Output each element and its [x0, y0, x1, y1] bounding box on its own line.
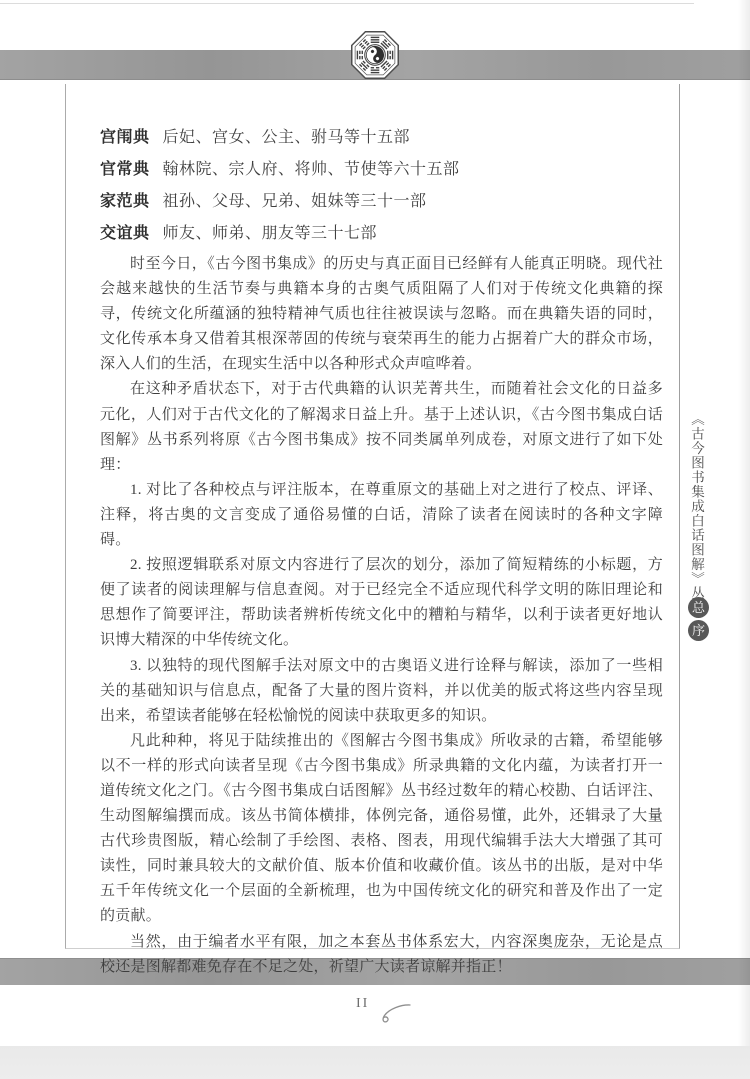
paragraph: 时至今日，《古今图书集成》的历史与真正面目已经鲜有人能真正明晓。现代社会越来越快…	[100, 252, 663, 377]
paragraph: 在这种矛盾状态下，对于古代典籍的认识芜菁共生，而随着社会文化的日益多元化，人们对…	[100, 377, 663, 477]
paragraph-numbered-1: 1. 对比了各种校点与评注版本，在尊重原文的基础上对之进行了校点、评译、注释，将…	[100, 478, 663, 553]
list-item: 交谊典师友、师弟、朋友等三十七部	[100, 218, 663, 250]
dian-desc: 后妃、宫女、公主、驸马等十五部	[163, 129, 411, 146]
paragraph: 当然，由于编者水平有限，加之本套丛书体系宏大，内容深奥庞杂，无论是点校还是图解都…	[100, 930, 663, 980]
paragraph: 凡此种种，将见于陆续推出的《图解古今图书集成》所收录的古籍，希望能够以不一样的形…	[100, 729, 663, 930]
list-item: 家范典祖孙、父母、兄弟、姐妹等三十一部	[100, 186, 663, 218]
list-item: 官常典翰林院、宗人府、将帅、节使等六十五部	[100, 154, 663, 186]
side-seal-badges: 总 序	[688, 597, 709, 641]
dian-title: 交谊典	[100, 225, 150, 242]
dian-desc: 翰林院、宗人府、将帅、节使等六十五部	[163, 161, 460, 178]
preface-body: 时至今日，《古今图书集成》的历史与真正面目已经鲜有人能真正明晓。现代社会越来越快…	[100, 252, 663, 980]
page-number: II	[356, 996, 369, 1012]
main-text-column: 宫闱典后妃、宫女、公主、驸马等十五部 官常典翰林院、宗人府、将帅、节使等六十五部…	[100, 122, 663, 980]
seal-badge-zong: 总	[688, 597, 709, 618]
paragraph-numbered-2: 2. 按照逻辑联系对原文内容进行了层次的划分，添加了简短精练的小标题，方便了读者…	[100, 553, 663, 653]
dian-title: 家范典	[100, 193, 150, 210]
seal-badge-xu: 序	[688, 620, 709, 641]
bagua-taiji-icon	[347, 26, 403, 84]
calligraphic-swash-icon	[376, 1002, 412, 1026]
dian-desc: 师友、师弟、朋友等三十七部	[163, 225, 378, 242]
paragraph-numbered-3: 3. 以独特的现代图解手法对原文中的古奥语义进行诠释与解读，添加了一些相关的基础…	[100, 654, 663, 729]
scan-right-edge	[738, 0, 750, 1046]
top-hairline	[0, 3, 694, 4]
scan-bottom-edge	[0, 1046, 750, 1079]
dian-title: 官常典	[100, 161, 150, 178]
series-side-title: 《古今图书集成白话图解》丛书	[686, 412, 706, 612]
dian-desc: 祖孙、父母、兄弟、姐妹等三十一部	[163, 193, 427, 210]
dian-title: 宫闱典	[100, 129, 150, 146]
dian-category-list: 宫闱典后妃、宫女、公主、驸马等十五部 官常典翰林院、宗人府、将帅、节使等六十五部…	[100, 122, 663, 250]
list-item: 宫闱典后妃、宫女、公主、驸马等十五部	[100, 122, 663, 154]
